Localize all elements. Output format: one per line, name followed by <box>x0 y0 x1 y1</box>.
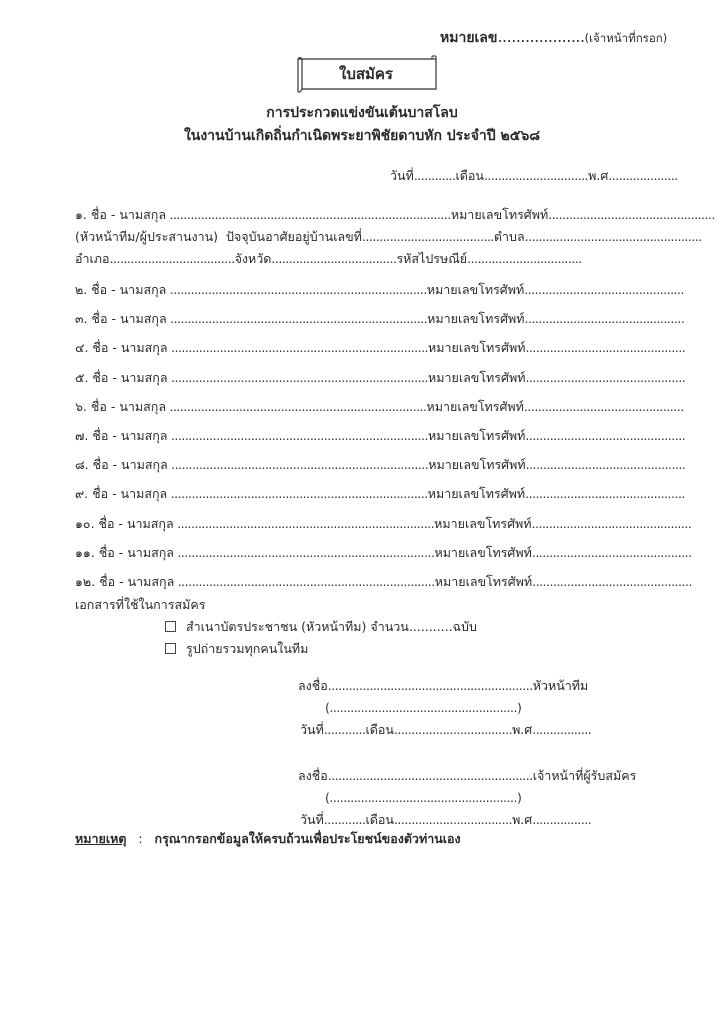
officer-signature-line: ลงชื่อ..................................… <box>298 768 636 784</box>
member-row: ๗. ชื่อ - นามสกุล ......................… <box>75 428 685 444</box>
leader-phone-blank[interactable]: ........................................… <box>548 207 715 222</box>
year-blank[interactable]: ................. <box>532 722 591 737</box>
day-blank[interactable]: ............ <box>324 722 366 737</box>
month-label: เดือน <box>456 168 484 183</box>
officer-signature-blank[interactable]: ........................................… <box>328 768 533 783</box>
member-phone-blank[interactable]: ........................................… <box>532 516 692 531</box>
leader-role-label: (หัวหน้าทีม/ผู้ประสานงาน) <box>75 229 218 244</box>
document-item-group-photo[interactable]: รูปถ่ายรวมทุกคนในทีม <box>165 641 308 657</box>
registration-number-label: หมายเลข <box>440 30 497 46</box>
document-item-id-copy[interactable]: สำเนาบัตรประชาชน (หัวหน้าทีม) จำนวน.....… <box>165 619 477 635</box>
year-label: พ.ศ <box>512 722 532 737</box>
subdistrict-label: ตำบล <box>494 229 525 244</box>
remark: หมายเหตุ : กรุณากรอกข้อมูลให้ครบถ้วนเพื่… <box>75 829 461 849</box>
member-phone-blank[interactable]: ........................................… <box>524 282 684 297</box>
leader-phone-label: หมายเลขโทรศัพท์ <box>451 207 548 222</box>
officer-signature-date: วันที่............เดือน.................… <box>300 812 591 828</box>
member-phone-label: หมายเลขโทรศัพท์ <box>428 370 525 385</box>
document-item-label: สำเนาบัตรประชาชน (หัวหน้าทีม) จำนวน.....… <box>186 619 477 634</box>
member-phone-label: หมายเลขโทรศัพท์ <box>435 574 532 589</box>
year-label: พ.ศ <box>512 812 532 827</box>
subdistrict-blank[interactable]: ........................................… <box>525 229 702 244</box>
document-item-label: รูปถ่ายรวมทุกคนในทีม <box>186 641 308 656</box>
leader-address-row: (หัวหน้าทีม/ผู้ประสานงาน) ปัจจุบันอาศัยอ… <box>75 229 702 245</box>
member-phone-blank[interactable]: ........................................… <box>525 370 685 385</box>
member-row: ๘. ชื่อ - นามสกุล ......................… <box>75 457 685 473</box>
district-label: อำเภอ <box>75 251 110 266</box>
month-label: เดือน <box>366 812 394 827</box>
member-phone-label: หมายเลขโทรศัพท์ <box>434 516 531 531</box>
member-name-label: ๔. ชื่อ - นามสกุล <box>75 340 168 355</box>
member-row: ๑๐. ชื่อ - นามสกุล .....................… <box>75 516 691 532</box>
member-phone-blank[interactable]: ........................................… <box>525 340 685 355</box>
month-blank[interactable]: .................................. <box>394 812 512 827</box>
leader-name-blank[interactable]: ........................................… <box>166 207 451 222</box>
month-blank[interactable]: .............................. <box>484 168 588 183</box>
member-row: ๙. ชื่อ - นามสกุล ......................… <box>75 486 685 502</box>
member-name-blank[interactable]: ........................................… <box>174 516 435 531</box>
event-title: การประกวดแข่งขันเต้นบาสโลบ <box>0 102 724 124</box>
member-phone-blank[interactable]: ........................................… <box>524 399 684 414</box>
member-name-label: ๑๑. ชื่อ - นามสกุล <box>75 545 174 560</box>
member-phone-blank[interactable]: ........................................… <box>525 428 685 443</box>
day-blank[interactable]: ............ <box>324 812 366 827</box>
leader-role: หัวหน้าทีม <box>533 678 589 693</box>
sign-label: ลงชื่อ <box>298 678 328 693</box>
member-name-label: ๗. ชื่อ - นามสกุล <box>75 428 167 443</box>
member-name-blank[interactable]: ........................................… <box>166 399 427 414</box>
day-label: วันที่ <box>300 812 324 827</box>
address-blank[interactable]: ...................................... <box>362 229 494 244</box>
year-blank[interactable]: .................... <box>608 168 677 183</box>
member-phone-blank[interactable]: ........................................… <box>525 486 685 501</box>
member-phone-blank[interactable]: ........................................… <box>532 545 692 560</box>
member-row: ๔. ชื่อ - นามสกุล ......................… <box>75 340 685 356</box>
month-label: เดือน <box>366 722 394 737</box>
leader-signature-line: ลงชื่อ..................................… <box>298 678 588 694</box>
leader-district-row: อำเภอ...................................… <box>75 251 582 267</box>
leader-signature-blank[interactable]: ........................................… <box>328 678 533 693</box>
member-row: ๕. ชื่อ - นามสกุล ......................… <box>75 370 685 386</box>
address-label: ปัจจุบันอาศัยอยู่บ้านเลขที่ <box>226 229 362 244</box>
member-name-blank[interactable]: ........................................… <box>168 370 429 385</box>
member-name-label: ๕. ชื่อ - นามสกุล <box>75 370 168 385</box>
member-phone-label: หมายเลขโทรศัพท์ <box>428 486 525 501</box>
year-label: พ.ศ <box>588 168 608 183</box>
member-name-blank[interactable]: ........................................… <box>167 311 428 326</box>
member-phone-blank[interactable]: ........................................… <box>526 457 686 472</box>
day-label: วันที่ <box>300 722 324 737</box>
form-title-banner: ใบสมัคร <box>292 55 440 93</box>
form-title: ใบสมัคร <box>292 55 440 93</box>
member-name-label: ๒. ชื่อ - นามสกุล <box>75 282 166 297</box>
leader-name-label: ๑. ชื่อ - นามสกุล <box>75 207 166 222</box>
member-row: ๑๑. ชื่อ - นามสกุล .....................… <box>75 545 692 561</box>
member-phone-blank[interactable]: ........................................… <box>525 311 685 326</box>
member-phone-label: หมายเลขโทรศัพท์ <box>427 311 524 326</box>
leader-name-row: ๑. ชื่อ - นามสกุล ......................… <box>75 207 715 223</box>
member-name-blank[interactable]: ........................................… <box>168 340 429 355</box>
member-phone-blank[interactable]: ........................................… <box>532 574 692 589</box>
province-label: จังหวัด <box>235 251 272 266</box>
officer-printed-name-blank[interactable]: (.......................................… <box>325 790 521 806</box>
member-name-blank[interactable]: ........................................… <box>167 486 428 501</box>
member-name-blank[interactable]: ........................................… <box>168 457 429 472</box>
member-name-blank[interactable]: ........................................… <box>174 574 435 589</box>
day-label: วันที่ <box>390 168 414 183</box>
month-blank[interactable]: .................................. <box>394 722 512 737</box>
member-row: ๖. ชื่อ - นามสกุล ......................… <box>75 399 684 415</box>
year-blank[interactable]: ................. <box>532 812 591 827</box>
member-name-blank[interactable]: ........................................… <box>166 282 427 297</box>
leader-printed-name-blank[interactable]: (.......................................… <box>325 700 521 716</box>
member-name-label: ๑๐. ชื่อ - นามสกุล <box>75 516 174 531</box>
member-phone-label: หมายเลขโทรศัพท์ <box>434 545 531 560</box>
member-name-label: ๖. ชื่อ - นามสกุล <box>75 399 166 414</box>
checkbox-icon[interactable] <box>165 621 176 632</box>
member-name-blank[interactable]: ........................................… <box>167 428 428 443</box>
province-blank[interactable]: .................................... <box>271 251 396 266</box>
member-name-label: ๙. ชื่อ - นามสกุล <box>75 486 167 501</box>
officer-role: เจ้าหน้าที่ผู้รับสมัคร <box>533 768 637 783</box>
postal-code-blank[interactable]: ................................. <box>467 251 582 266</box>
member-name-blank[interactable]: ........................................… <box>174 545 435 560</box>
remark-separator: : <box>126 831 154 846</box>
district-blank[interactable]: .................................... <box>110 251 235 266</box>
checkbox-icon[interactable] <box>165 643 176 654</box>
member-name-label: ๓. ชื่อ - นามสกุล <box>75 311 167 326</box>
member-phone-label: หมายเลขโทรศัพท์ <box>427 399 524 414</box>
documents-heading: เอกสารที่ใช้ในการสมัคร <box>75 597 205 613</box>
remark-label: หมายเหตุ <box>75 831 126 846</box>
sign-label: ลงชื่อ <box>298 768 328 783</box>
application-date-line: วันที่............เดือน.................… <box>390 168 678 184</box>
day-blank[interactable]: ............ <box>414 168 456 183</box>
member-phone-label: หมายเลขโทรศัพท์ <box>428 428 525 443</box>
leader-signature-date: วันที่............เดือน.................… <box>300 722 591 738</box>
postal-code-label: รหัสไปรษณีย์ <box>396 251 467 266</box>
member-phone-label: หมายเลขโทรศัพท์ <box>428 457 525 472</box>
member-phone-label: หมายเลขโทรศัพท์ <box>427 282 524 297</box>
member-row: ๒. ชื่อ - นามสกุล ......................… <box>75 282 684 298</box>
registration-number-note: (เจ้าหน้าที่กรอก) <box>585 31 668 45</box>
member-phone-label: หมายเลขโทรศัพท์ <box>428 340 525 355</box>
member-name-label: ๘. ชื่อ - นามสกุล <box>75 457 168 472</box>
member-row: ๑๒. ชื่อ - นามสกุล .....................… <box>75 574 692 590</box>
registration-number-field: หมายเลข...................(เจ้าหน้าที่กร… <box>440 27 667 49</box>
event-subtitle: ในงานบ้านเกิดถิ่นกำเนิดพระยาพิชัยดาบหัก … <box>0 125 724 147</box>
member-name-label: ๑๒. ชื่อ - นามสกุล <box>75 574 174 589</box>
member-row: ๓. ชื่อ - นามสกุล ......................… <box>75 311 684 327</box>
registration-number-blank[interactable]: ................... <box>497 27 584 46</box>
remark-text: กรุณากรอกข้อมูลให้ครบถ้วนเพื่อประโยชน์ขอ… <box>155 831 461 846</box>
